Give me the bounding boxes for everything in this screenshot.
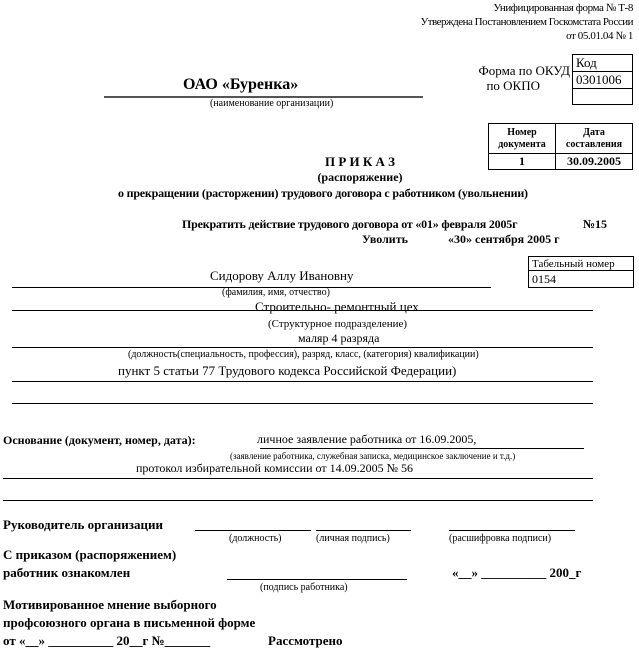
order-title: П Р И К А З [0, 154, 639, 170]
doc-date-header: Дата составления [556, 124, 633, 154]
department-line [12, 310, 593, 311]
approved-date: от 05.01.04 № 1 [566, 30, 633, 42]
head-signature-caption: (личная подпись) [316, 533, 390, 544]
form-name: Унифицированная форма № Т-8 [493, 2, 633, 14]
basis-line-3 [3, 500, 593, 501]
doc-number-header: Номер документа [489, 124, 556, 154]
basis-caption: (заявление работника, служебная записка,… [230, 451, 515, 461]
order-subject: о прекращении (расторжении) трудового до… [118, 186, 528, 201]
position: маляр 4 разряда [298, 331, 379, 346]
okud-label: Форма по ОКУД [430, 63, 570, 79]
union-reviewed: Рассмотрено [268, 633, 343, 649]
code-table: Код 0301006 [572, 54, 633, 105]
basis-line-2 [3, 478, 593, 479]
employee-signature-caption: (подпись работника) [260, 582, 348, 593]
contract-number: №15 [583, 217, 607, 232]
organization-name: ОАО «Буренка» [183, 76, 298, 94]
employee-name: Сидорову Аллу Ивановну [210, 268, 353, 284]
okpo-value [573, 89, 633, 105]
tab-number: 0154 [529, 271, 634, 288]
union-line-3[interactable]: от «__» __________ 20__г №_______ [3, 633, 210, 649]
department-caption: (Структурное подразделение) [268, 318, 407, 330]
okud-value: 0301006 [573, 72, 633, 89]
grounds-line-2 [12, 403, 593, 404]
approved-by: Утверждена Постановлением Госкомстата Ро… [420, 16, 633, 28]
tab-number-table: Табельный номер 0154 [528, 256, 634, 288]
position-line [12, 347, 593, 348]
grounds-line-1 [12, 381, 593, 382]
terminate-text: Прекратить действие трудового договора о… [182, 217, 517, 232]
department: Строительно- ремонтный цех [255, 299, 419, 315]
union-line-1: Мотивированное мнение выборного [3, 597, 217, 613]
acquainted-line-2: работник ознакомлен [3, 565, 130, 581]
acquainted-date[interactable]: «__» __________ 200_г [452, 565, 581, 581]
head-signature-line[interactable] [316, 530, 411, 531]
tab-number-header: Табельный номер [529, 257, 634, 271]
code-header: Код [573, 55, 633, 72]
head-decoding-line[interactable] [449, 530, 575, 531]
grounds-article: пункт 5 статьи 77 Трудового кодекса Росс… [118, 363, 456, 379]
head-label: Руководитель организации [3, 517, 163, 533]
basis-value-2: протокол избирательной комиссии от 14.09… [136, 461, 413, 476]
head-decoding-caption: (расшифровка подписи) [449, 533, 551, 544]
head-position-line[interactable] [195, 530, 311, 531]
acquainted-line-1: С приказом (распоряжением) [3, 547, 176, 563]
employee-signature-line[interactable] [227, 579, 407, 580]
dismiss-label: Уволить [362, 232, 408, 247]
dismiss-date: «30» сентября 2005 г [448, 232, 560, 247]
basis-line-1 [260, 448, 584, 449]
order-subtitle: (распоряжение) [0, 170, 639, 185]
employee-name-caption: (фамилия, имя, отчество) [222, 287, 330, 298]
basis-value-1: личное заявление работника от 16.09.2005… [257, 432, 476, 447]
union-line-2: профсоюзного органа в письменной форме [3, 615, 255, 631]
organization-caption: (наименование организации) [210, 98, 333, 109]
head-position-caption: (должность) [229, 533, 282, 544]
okpo-label: по ОКПО [430, 78, 540, 94]
position-caption: (должность(специальность, профессия), ра… [128, 349, 479, 360]
basis-label: Основание (документ, номер, дата): [3, 433, 196, 448]
